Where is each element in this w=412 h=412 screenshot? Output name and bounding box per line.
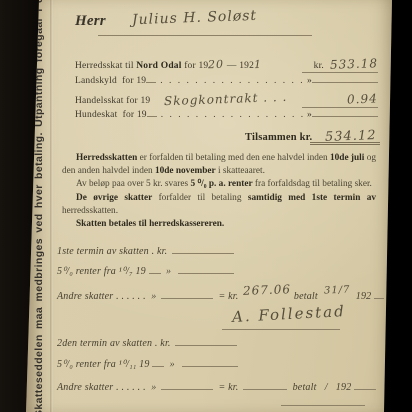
salutation: Herr (75, 13, 106, 30)
handelsskat-label: Handelsskat (75, 96, 124, 106)
handelsskat-amount-line (302, 106, 378, 108)
hundeskat-for: for 19 (123, 110, 147, 120)
first-andre-unit: » (151, 291, 156, 302)
tax-receipt-paper: Skatteseddelen maa medbringes ved hver b… (26, 0, 392, 412)
herredsskat-label: Herredsskat til (75, 61, 134, 71)
herredsskat-kr: kr. (314, 61, 324, 71)
first-amount-hw: 267.06 (243, 282, 291, 298)
terms-para-1: Herredsskatten er forfalden til betaling… (62, 152, 376, 178)
landskyld-label: Landskyld (75, 76, 117, 86)
first-term-label: 1ste termin av skatten . kr. (57, 246, 167, 257)
handelsskat-for: for 19 (126, 96, 150, 106)
photo-background: Skatteseddelen maa medbringes ved hver b… (0, 0, 412, 412)
terms-para-2: Av beløp paa over 5 kr. svares 5 ⁰/₀ p. … (62, 178, 376, 191)
second-term-label: 2den termin av skatten . kr. (57, 338, 171, 349)
signature-underline (222, 328, 340, 330)
herredsskat-for: for 19 (184, 61, 208, 71)
terms-para-3: De øvrige skatter forfalder til betaling… (62, 192, 376, 218)
total-label: Tilsammen kr. (245, 132, 312, 143)
first-term-unit: » (166, 266, 171, 277)
recipient-name-handwritten: Julius H. Soløst (132, 8, 258, 28)
terms-para-4: Skatten betales til herredskassereren. (62, 218, 376, 231)
first-andre-label: Andre skatter . . . . . . (57, 291, 146, 302)
second-andre-label: Andre skatter . . . . . . (57, 382, 146, 393)
total-double-underline (310, 141, 380, 145)
second-paid-label: betalt (293, 382, 317, 393)
second-paid-slash: / (325, 382, 328, 393)
signature-handwritten: A. Follestad (232, 302, 347, 326)
margin-note: Skatteseddelen maa medbringes ved hver b… (33, 0, 45, 412)
herredsskat-place: Nord Odal (136, 61, 181, 71)
first-equals-kr: = kr. (219, 291, 239, 302)
second-term-interest-label: 5⁰/₀ renter fra ¹⁰/₁₁ 19 (57, 359, 150, 370)
hundeskat-dots: . . . . . . . . . . . . . . . . . . . . (161, 110, 303, 120)
second-equals-kr: = kr. (219, 382, 239, 393)
first-paid-date-hw: 31/7 (323, 285, 350, 297)
herredsskat-year-hw: 20 (208, 58, 224, 72)
herredsskat-dash: — 192 (227, 61, 254, 71)
first-term-interest-label: 5⁰/₀ renter fra ¹⁰/₇ 19 (57, 266, 146, 277)
herredsskat-amount-hw: 533.18 (330, 56, 378, 72)
handelsskat-amount-hw: 0.94 (347, 91, 378, 106)
hundeskat-label: Hundeskat (75, 110, 117, 120)
landskyld-dots: . . . . . . . . . . . . . . . . . . . . (160, 76, 303, 86)
paper-crease (50, 0, 53, 412)
herredsskat-amount-line (302, 71, 378, 73)
second-term-unit: » (170, 359, 175, 370)
name-underline (98, 34, 312, 36)
landskyld-for: for 19 (122, 76, 146, 86)
handelsskat-note-hw: Skogkontrakt . . . (164, 90, 288, 108)
first-year-label: 192 (356, 291, 372, 302)
second-andre-unit: » (151, 382, 156, 393)
bottom-right-line (281, 404, 365, 406)
second-year-label: 192 (336, 382, 352, 393)
herredsskat-year2-hw: 1 (254, 58, 262, 71)
first-paid-label: betalt (294, 291, 318, 302)
terms-paragraphs: Herredsskatten er forfalden til betaling… (62, 152, 376, 231)
